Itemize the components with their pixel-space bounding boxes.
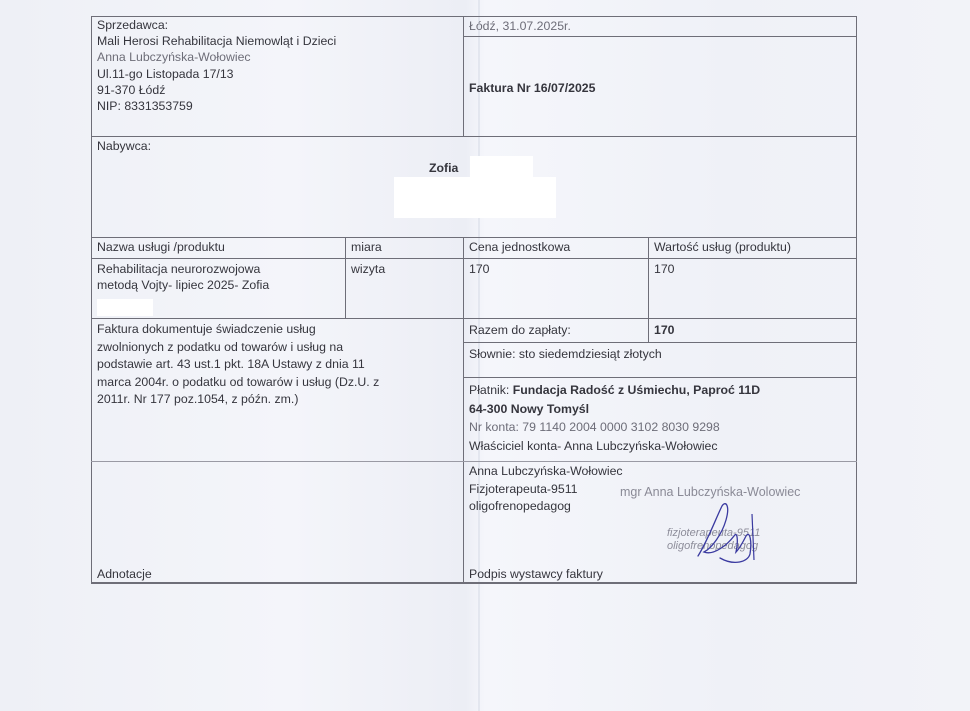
buyer-last-name-redaction bbox=[470, 156, 533, 178]
seller-label: Sprzedawca: bbox=[97, 17, 336, 33]
col-header-value: Wartość usług (produktu) bbox=[654, 239, 791, 255]
item-unit-price: 170 bbox=[469, 261, 490, 277]
payer-account: Nr konta: 79 1140 2004 0000 3102 8030 92… bbox=[469, 418, 760, 437]
total-value: 170 bbox=[654, 322, 675, 338]
handwritten-signature bbox=[690, 500, 770, 570]
issuer-title1: Fizjoterapeuta-9511 bbox=[469, 481, 623, 499]
payer-label: Płatnik: bbox=[469, 383, 509, 397]
seller-street: Ul.11-go Listopada 17/13 bbox=[97, 66, 336, 82]
col-header-name: Nazwa usługi /produktu bbox=[97, 239, 225, 255]
buyer-address-redaction bbox=[394, 177, 556, 218]
col-header-unit-price: Cena jednostkowa bbox=[469, 239, 570, 255]
item-surname-redaction bbox=[97, 299, 153, 316]
payer-block: Płatnik: Fundacja Radość z Uśmiechu, Pap… bbox=[469, 381, 760, 455]
item-unit: wizyta bbox=[351, 261, 385, 277]
seller-name: Mali Herosi Rehabilitacja Niemowląt i Dz… bbox=[97, 33, 336, 49]
annotations-label: Adnotacje bbox=[97, 566, 152, 582]
seller-nip: NIP: 8331353759 bbox=[97, 98, 336, 114]
invoice-number: Faktura Nr 16/07/2025 bbox=[469, 80, 595, 96]
col-header-unit: miara bbox=[351, 239, 382, 255]
buyer-first-name: Zofia bbox=[429, 160, 458, 176]
issuer-title2: oligofrenopedagog bbox=[469, 498, 623, 516]
signature-label: Podpis wystawcy faktury bbox=[469, 566, 603, 582]
total-in-words: Słownie: sto siedemdziesiąt złotych bbox=[469, 346, 662, 362]
issuer-block: Anna Lubczyńska-Wołowiec Fizjoterapeuta-… bbox=[469, 463, 623, 516]
payer-account-owner: Właściciel konta- Anna Lubczyńska-Wołowi… bbox=[469, 437, 760, 456]
stamp-name: mgr Anna Lubczyńska-Wolowiec bbox=[620, 485, 800, 499]
seller-city: 91-370 Łódź bbox=[97, 82, 336, 98]
buyer-label: Nabywca: bbox=[97, 138, 151, 154]
item-value: 170 bbox=[654, 261, 675, 277]
payer-name: Fundacja Radość z Uśmiechu, Paproć 11D bbox=[513, 383, 760, 397]
issuer-name: Anna Lubczyńska-Wołowiec bbox=[469, 463, 623, 481]
seller-owner: Anna Lubczyńska-Wołowiec bbox=[97, 49, 336, 65]
payer-city: 64-300 Nowy Tomyśl bbox=[469, 400, 760, 419]
tax-exemption-note: Faktura dokumentuje świadczenie usług zw… bbox=[97, 321, 379, 409]
item-name: Rehabilitacja neurorozwojowa metodą Vojt… bbox=[97, 261, 269, 293]
total-label: Razem do zapłaty: bbox=[469, 322, 571, 338]
place-date: Łódź, 31.07.2025r. bbox=[469, 18, 571, 34]
seller-block: Sprzedawca: Mali Herosi Rehabilitacja Ni… bbox=[97, 17, 336, 114]
